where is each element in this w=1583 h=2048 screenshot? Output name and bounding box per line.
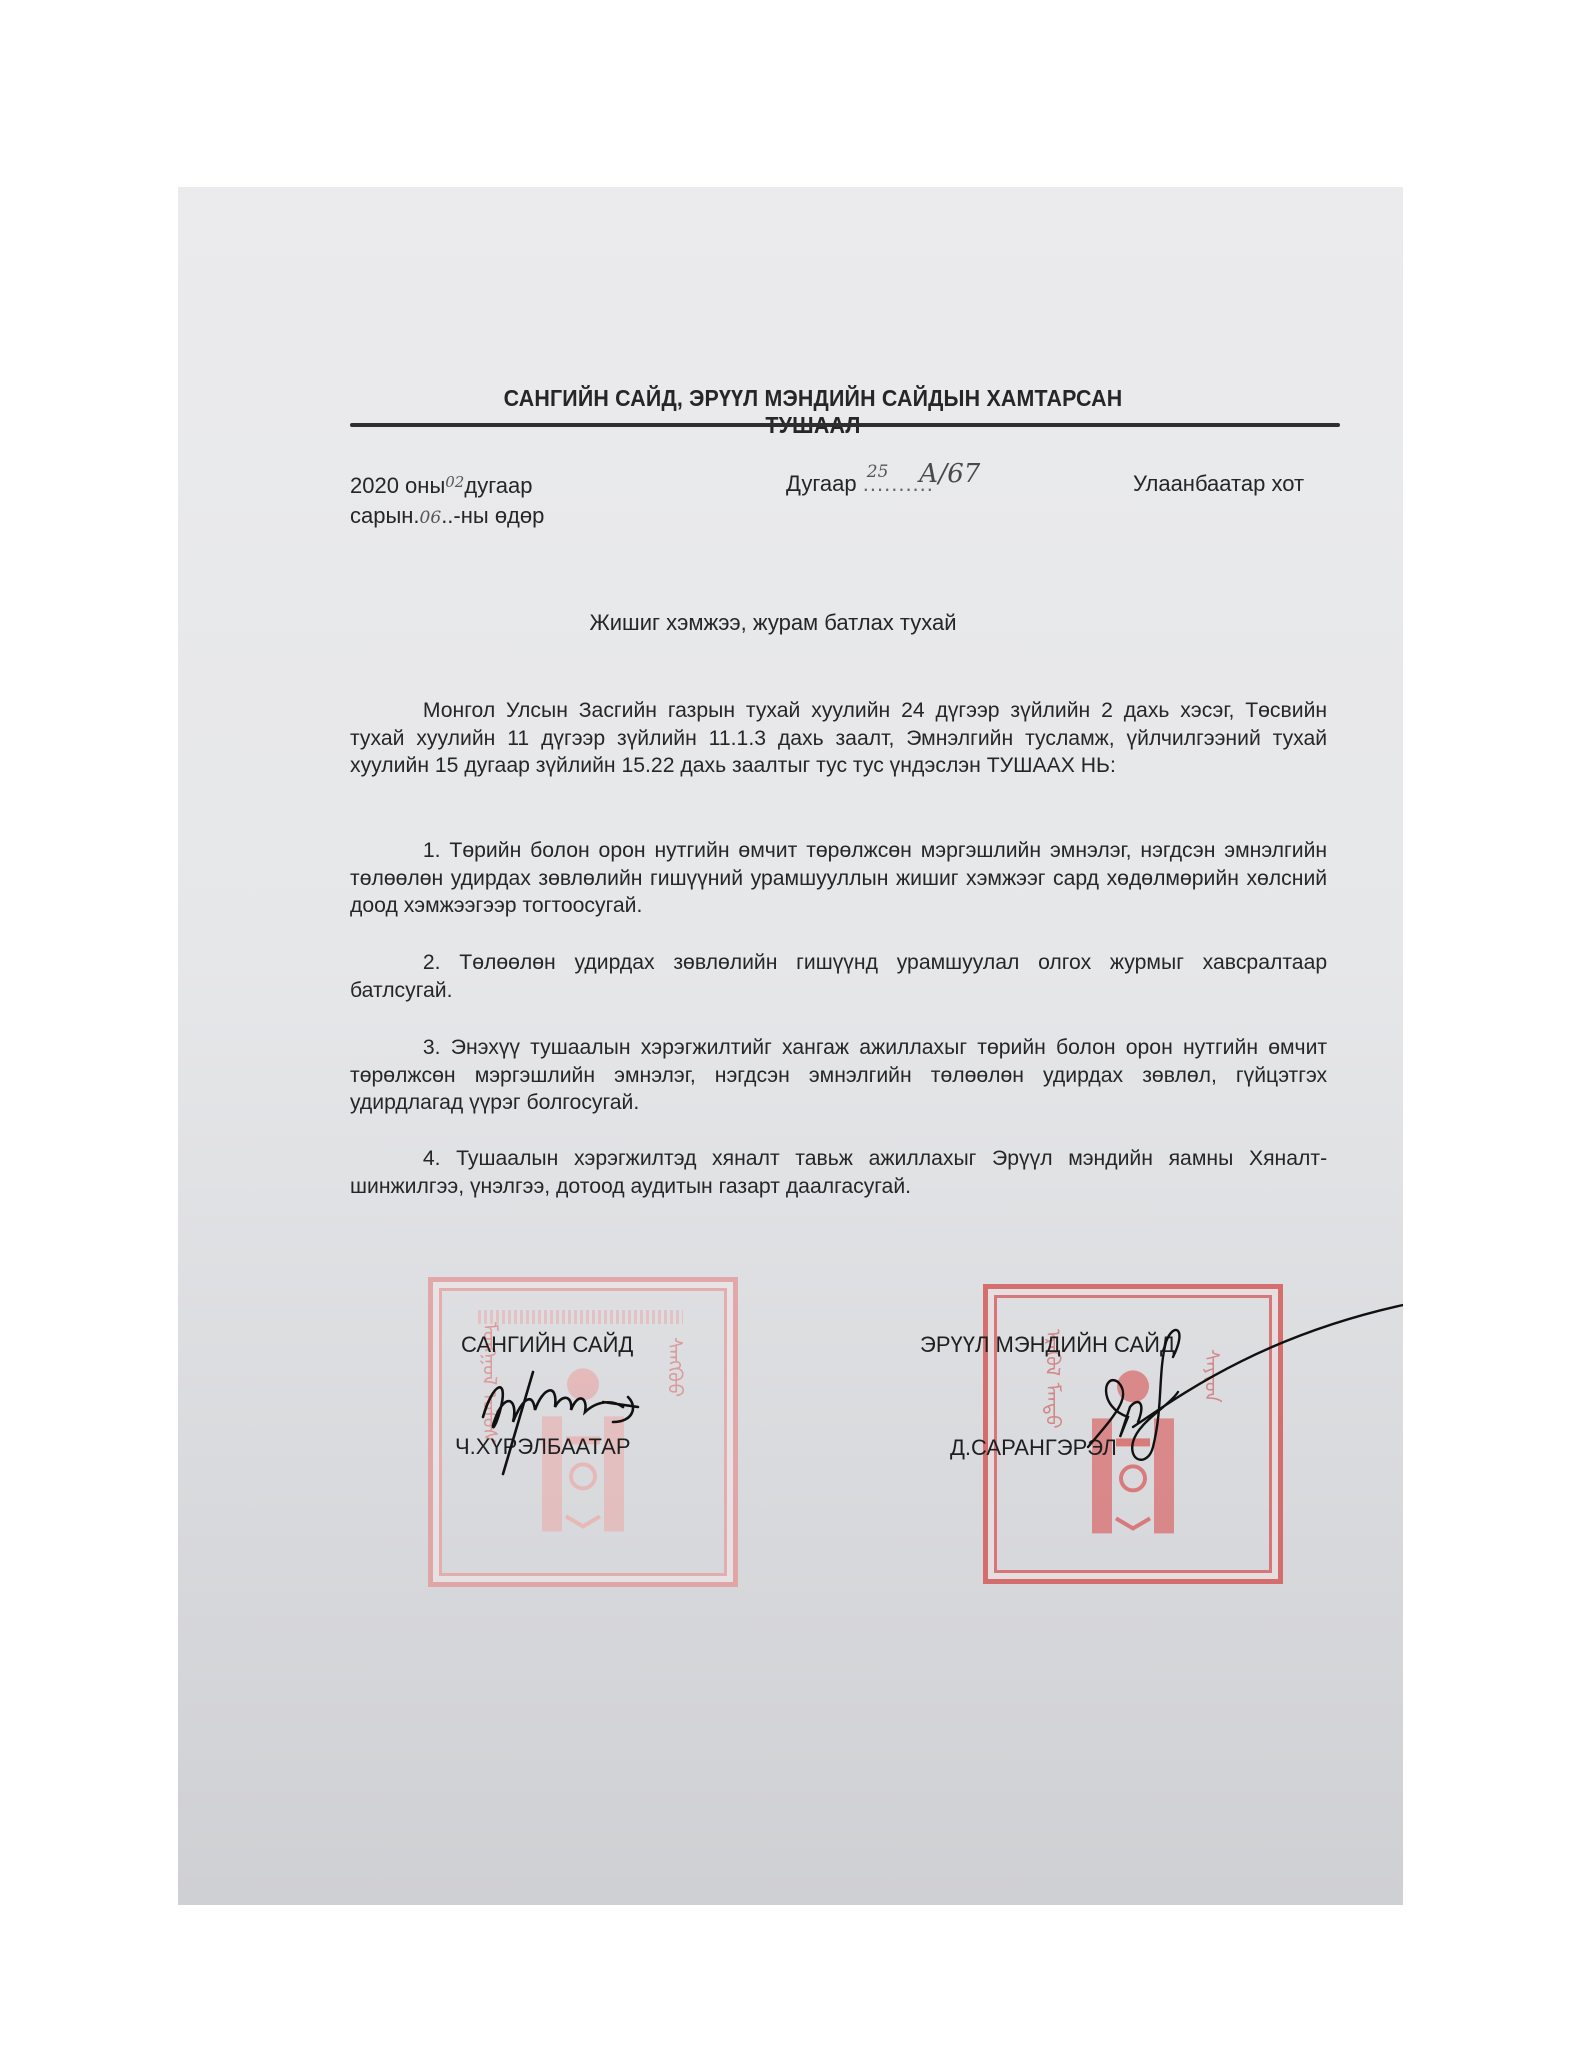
month-label: сарын. <box>350 503 420 528</box>
signature-1-icon <box>463 1362 653 1477</box>
header-divider <box>350 423 1340 427</box>
signatory-1-title: САНГИЙН САЙД <box>461 1332 633 1358</box>
handwritten-number-prefix: 25 <box>867 458 889 486</box>
city: Улаанбаатар хот <box>1133 470 1304 498</box>
handwritten-day: 06 <box>420 508 442 528</box>
order-number: Дугаар 25 .......... А/67 <box>786 470 934 498</box>
date-block: 2020 оны02дугаар сарын.06..-ны өдөр <box>350 472 544 532</box>
month-suffix: дугаар <box>464 473 532 498</box>
handwritten-number: А/67 <box>919 460 981 488</box>
document-header-title: САНГИЙН САЙД, ЭРҮҮЛ МЭНДИЙН САЙДЫН ХАМТА… <box>460 385 1167 439</box>
handwritten-month: 02 <box>445 473 464 491</box>
year-label: 2020 оны <box>350 473 445 498</box>
signature-2-icon <box>1058 1297 1403 1467</box>
document-subject: Жишиг хэмжээ, журам батлах тухай <box>428 610 1118 636</box>
clause-1: 1. Төрийн болон орон нутгийн өмчит төрөл… <box>350 837 1327 920</box>
document-page: САНГИЙН САЙД, ЭРҮҮЛ МЭНДИЙН САЙДЫН ХАМТА… <box>178 187 1403 1905</box>
seal-text-band <box>478 1310 683 1324</box>
clause-3: 3. Энэхүү тушаалын хэрэгжилтийг хангаж а… <box>350 1034 1327 1117</box>
clause-2: 2. Төлөөлөн удирдах зөвлөлийн гишүүнд ур… <box>350 949 1327 1004</box>
date-line-1: 2020 оны02дугаар <box>350 472 544 502</box>
mongolian-script-right: ᠰᠠᠩᠬᠦᠦ <box>658 1337 693 1397</box>
clause-4: 4. Тушаалын хэрэгжилтэд хяналт тавьж ажи… <box>350 1145 1327 1200</box>
date-line-2: сарын.06..-ны өдөр <box>350 502 544 532</box>
day-suffix: ..-ны өдөр <box>441 503 544 528</box>
preamble-paragraph: Монгол Улсын Засгийн газрын тухай хуулий… <box>350 697 1327 780</box>
number-label: Дугаар <box>786 471 857 496</box>
